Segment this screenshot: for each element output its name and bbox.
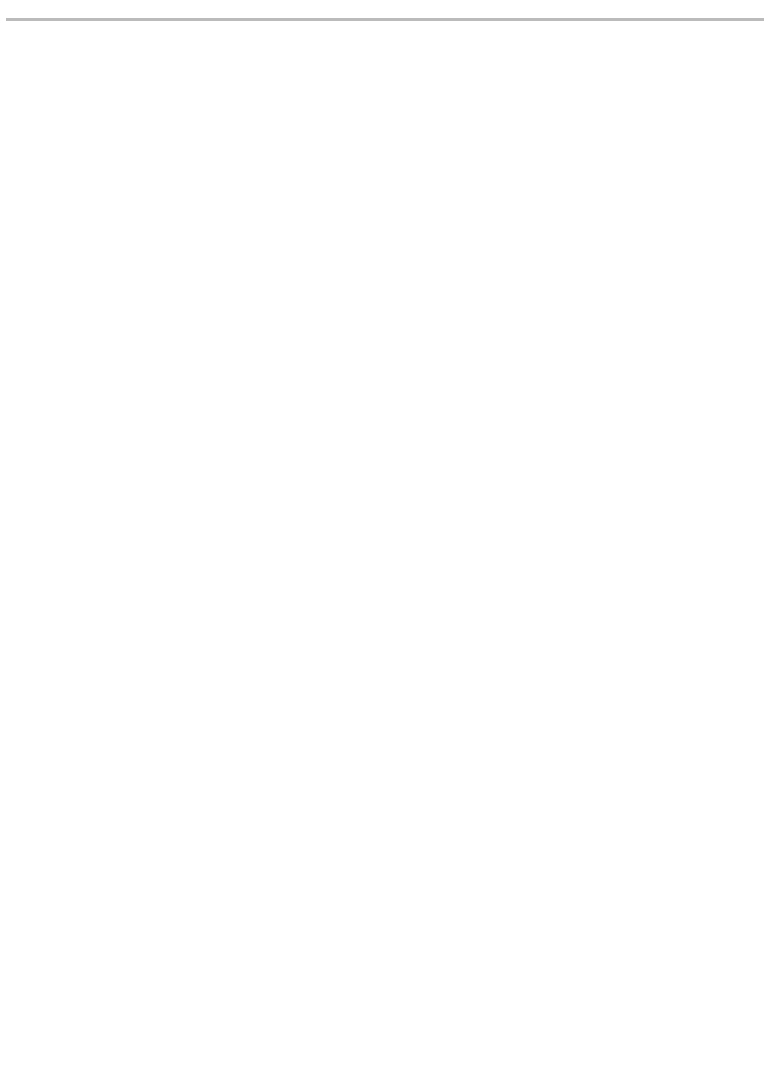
- masthead-rule: [6, 18, 764, 21]
- masthead: [6, 0, 764, 18]
